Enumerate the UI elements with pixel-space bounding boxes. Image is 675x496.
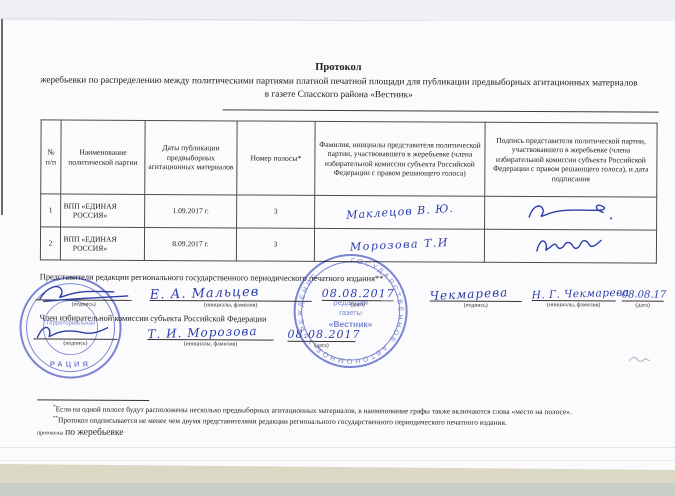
party-name-text: ВПП «ЕДИНАЯ РОССИЯ» bbox=[63, 201, 117, 220]
signature-scribble bbox=[521, 200, 621, 225]
editor2-signature: Чекмарева (подпись) bbox=[430, 286, 526, 309]
name-label: (инициалы, фамилия) bbox=[150, 302, 312, 309]
stamp-bottom-text: РАЦИЯ bbox=[50, 359, 91, 368]
name-label: (инициалы, фамилия) bbox=[532, 302, 616, 308]
sign-label: (подпись) bbox=[33, 340, 117, 346]
footnote-rule bbox=[37, 399, 149, 401]
document-subtitle: жеребьевки по распределению между полити… bbox=[39, 74, 639, 103]
col-header-page: Номер полосы* bbox=[237, 121, 315, 195]
party-name-text: ВПП «ЕДИНАЯ РОССИЯ» bbox=[63, 234, 117, 253]
pencil-mark bbox=[627, 352, 653, 366]
handwritten-date: 08.08.17 bbox=[622, 289, 666, 300]
editor1-date-block: 08.08.2017 (дата) bbox=[322, 287, 396, 308]
editor2-date-block: 08.08.17 (дата) bbox=[622, 289, 666, 308]
lottery-table: № п/п Наименование политической партии Д… bbox=[40, 119, 658, 263]
scanned-protocol-document: Протокол жеребьевки по распределению меж… bbox=[0, 0, 675, 496]
representative-signature-cell bbox=[484, 229, 656, 263]
date-label: (дата) bbox=[287, 343, 355, 349]
footnote-3-large: по жеребьевке bbox=[65, 428, 123, 438]
col-header-party: Наименование политической партии bbox=[61, 120, 145, 194]
table-header-row: № п/п Наименование политической партии Д… bbox=[41, 120, 657, 197]
handwritten-name: Маклецов В. Ю. bbox=[345, 202, 453, 223]
editor1-name-block: Е. А. Мальцев (инициалы, фамилия) bbox=[150, 285, 314, 309]
editor2-name-block: Н. Г. Чекмарева (инициалы, фамилия) bbox=[532, 288, 618, 308]
editorial-round-stamp: ГОСУДАРСТВЕННОЕ АВТОНОМНОЕ УЧРЕЖДЕНИЕ ре… bbox=[290, 251, 411, 372]
handwritten-name: Н. Г. Чекмарева bbox=[532, 287, 618, 302]
editor1-signature: (подпись) bbox=[36, 281, 136, 308]
footnote-2-text: Протокол подписывается не менее чем двум… bbox=[58, 416, 507, 427]
signature-scribble bbox=[530, 233, 610, 257]
row-number: 1 bbox=[41, 194, 61, 227]
col-header-dates: Даты публикации предвыборных агитационны… bbox=[145, 120, 237, 194]
footnote-3: протоколы по жеребьевке bbox=[37, 426, 651, 443]
col-header-signature: Подпись представителя политической парти… bbox=[485, 122, 657, 197]
page-number: 3 bbox=[237, 195, 315, 228]
publication-date: 1.09.2017 г. bbox=[145, 194, 237, 227]
footnotes-block: *Если на одной полосе будут расположены … bbox=[37, 403, 651, 443]
member-name-block: Т. И. Морозова (инициалы, фамилия) bbox=[147, 325, 275, 348]
date-label: (дата) bbox=[622, 302, 664, 308]
document-content: Протокол жеребьевки по распределению меж… bbox=[0, 0, 675, 496]
table-row: 1 ВПП «ЕДИНАЯ РОССИЯ» 1.09.2017 г. 3 Мак… bbox=[41, 194, 657, 230]
handwritten-date: 08.08.2017 bbox=[322, 287, 396, 300]
title-underline bbox=[223, 109, 659, 112]
footnote-3-small: протоколы bbox=[37, 431, 63, 437]
handwritten-date: 08.08.2017 bbox=[287, 328, 357, 341]
name-label: (инициалы, фамилия) bbox=[147, 341, 273, 348]
member-date-block: 08.08.2017 (дата) bbox=[287, 328, 357, 349]
document-title: Протокол bbox=[1, 60, 675, 75]
party-name: ВПП «ЕДИНАЯ РОССИЯ» bbox=[61, 194, 145, 227]
sign-label: (подпись) bbox=[36, 301, 132, 308]
row-number: 2 bbox=[40, 227, 60, 260]
date-label: (дата) bbox=[322, 302, 394, 308]
representative-name-cell: Маклецов В. Ю. bbox=[315, 195, 485, 229]
sign-label: (подпись) bbox=[430, 302, 522, 308]
party-name: ВПП «ЕДИНАЯ РОССИЯ» bbox=[60, 227, 144, 260]
representative-signature-cell bbox=[485, 196, 657, 230]
publication-date: 8.09.2017 г. bbox=[144, 227, 236, 260]
col-header-number: № п/п bbox=[41, 120, 61, 194]
handwritten-name: Т. И. Морозова bbox=[147, 323, 275, 341]
member-signature: (подпись) bbox=[33, 321, 121, 346]
col-header-representative: Фамилия, инициалы представителя политиче… bbox=[315, 121, 485, 196]
scanner-background bbox=[0, 483, 675, 496]
